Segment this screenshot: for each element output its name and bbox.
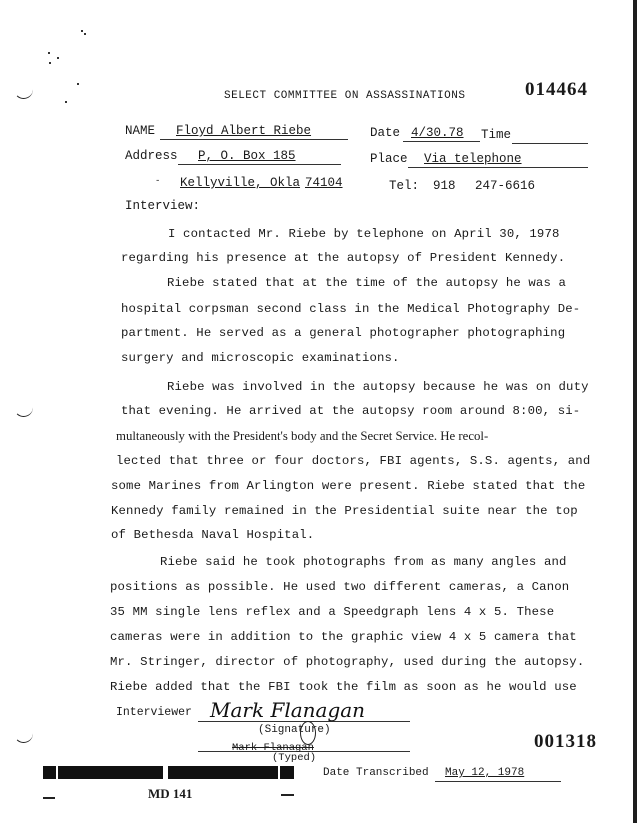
- body-line: Riebe added that the FBI took the film a…: [110, 680, 577, 694]
- date-transcribed-label: Date Transcribed: [323, 767, 429, 779]
- date-transcribed-value: May 12, 1978: [445, 767, 524, 779]
- punch-mark-middle: [14, 406, 33, 417]
- redaction-bar: [168, 766, 278, 779]
- signature: Mark Flanagan: [210, 698, 365, 722]
- address-dash: -: [155, 176, 160, 186]
- speck: [81, 30, 83, 32]
- date-label: Date: [370, 126, 400, 140]
- date-transcribed-field: May 12, 1978: [435, 767, 561, 782]
- body-line: cameras were in addition to the graphic …: [110, 630, 577, 644]
- interviewer-label: Interviewer: [116, 706, 192, 719]
- place-label: Place: [370, 152, 408, 166]
- name-field: Floyd Albert Riebe: [160, 124, 348, 140]
- speck: [49, 62, 51, 64]
- tel-number: 247-6616: [475, 179, 535, 193]
- body-line: Mr. Stringer, director of photography, u…: [110, 655, 584, 669]
- address-field-line1: P, O. Box 185: [178, 149, 341, 165]
- name-value: Floyd Albert Riebe: [176, 124, 311, 138]
- speck: [57, 57, 59, 59]
- name-label: NAME: [125, 124, 155, 138]
- body-line: partment. He served as a general photogr…: [121, 326, 565, 340]
- address-line1-value: P, O. Box 185: [198, 149, 296, 163]
- body-line: multaneously with the President's body a…: [116, 429, 488, 444]
- speck: [65, 101, 67, 103]
- address-label: Address: [125, 149, 178, 163]
- tel-area-code: 918: [433, 179, 456, 193]
- body-line: surgery and microscopic examinations.: [121, 351, 400, 365]
- place-value: Via telephone: [424, 152, 522, 166]
- body-line: Riebe stated that at the time of the aut…: [167, 276, 566, 290]
- body-line: I contacted Mr. Riebe by telephone on Ap…: [168, 227, 560, 241]
- address-zip-value: 74104: [305, 176, 343, 190]
- interview-label: Interview:: [125, 199, 200, 213]
- form-id: MD 141: [148, 786, 192, 802]
- punch-mark-top: [14, 88, 33, 99]
- body-line: lected that three or four doctors, FBI a…: [116, 454, 590, 468]
- redaction-bar: [58, 766, 163, 779]
- scan-edge: [633, 0, 637, 823]
- speck: [84, 33, 86, 35]
- date-field: 4/30.78: [403, 126, 480, 142]
- address-field-line2: Kellyville, Okla 74104: [178, 176, 348, 191]
- place-field: Via telephone: [408, 152, 588, 168]
- body-line: hospital corpsman second class in the Me…: [121, 302, 580, 316]
- redaction-bar: [43, 766, 56, 779]
- footer-dash-left: [43, 797, 55, 799]
- typed-caption: (Typed): [272, 752, 316, 764]
- body-line: Kennedy family remained in the President…: [111, 504, 578, 518]
- time-label: Time: [481, 128, 511, 142]
- time-field: [512, 128, 588, 144]
- body-line: Riebe said he took photographs from as m…: [160, 555, 567, 569]
- committee-title: SELECT COMMITTEE ON ASSASSINATIONS: [224, 90, 465, 102]
- footer-dash-right: [281, 794, 294, 796]
- speck: [77, 83, 79, 85]
- body-line: that evening. He arrived at the autopsy …: [121, 404, 580, 418]
- document-number-bottom: 001318: [534, 731, 597, 753]
- date-value: 4/30.78: [411, 126, 464, 140]
- address-line2-value: Kellyville, Okla: [180, 176, 300, 190]
- body-line: 35 MM single lens reflex and a Speedgrap…: [110, 605, 554, 619]
- body-line: regarding his presence at the autopsy of…: [121, 251, 565, 265]
- document-number-top: 014464: [525, 79, 588, 101]
- speck: [48, 52, 50, 54]
- body-line: positions as possible. He used two diffe…: [110, 580, 569, 594]
- tel-label: Tel:: [389, 179, 419, 193]
- body-line: Riebe was involved in the autopsy becaus…: [167, 380, 589, 394]
- body-line: some Marines from Arlington were present…: [111, 479, 585, 493]
- signature-caption: (Signature): [258, 724, 331, 736]
- punch-mark-bottom: [14, 732, 33, 743]
- redaction-bar: [280, 766, 294, 779]
- body-line: of Bethesda Naval Hospital.: [111, 528, 314, 542]
